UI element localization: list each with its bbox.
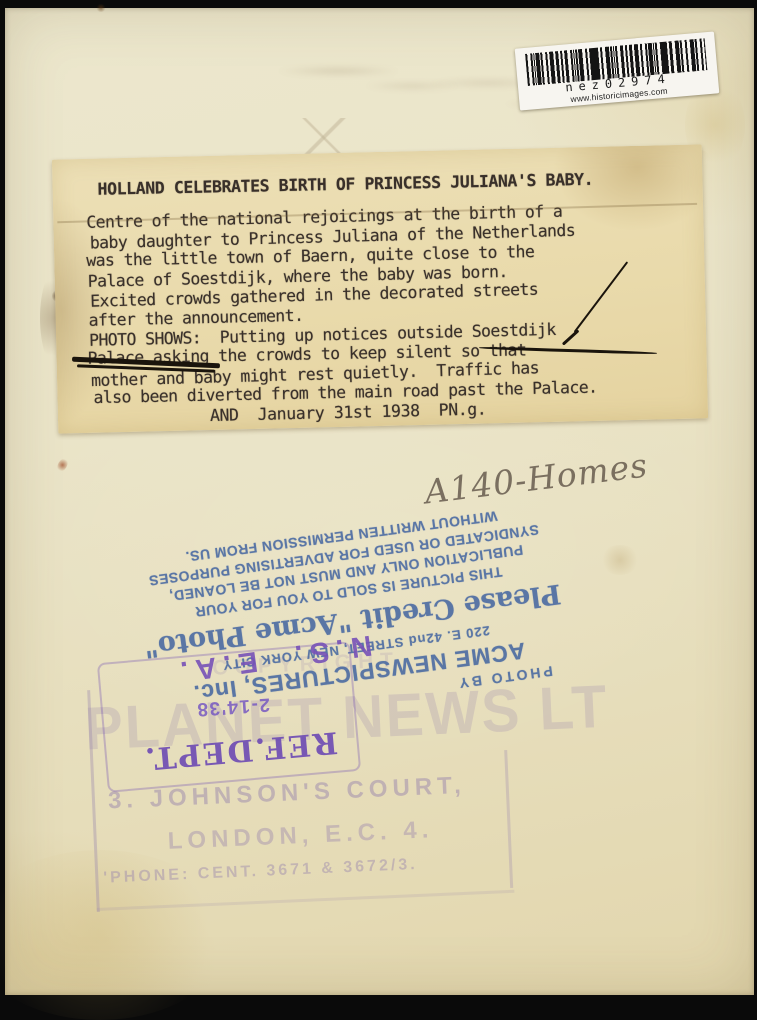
photo-back-scan: { "barcode_sticker": { "code": "nez02974…: [0, 0, 757, 1000]
planet-box-right-border: [504, 750, 513, 888]
caption-title: HOLLAND CELEBRATES BIRTH OF PRINCESS JUL…: [97, 170, 593, 199]
planet-address-2: LONDON, E.C. 4.: [167, 816, 434, 856]
caption-label: HOLLAND CELEBRATES BIRTH OF PRINCESS JUL…: [52, 144, 708, 433]
planet-phone: 'PHONE: CENT. 3671 & 3672/3.: [103, 856, 418, 888]
caption-body: Centre of the national rejoicings at the…: [86, 201, 595, 409]
